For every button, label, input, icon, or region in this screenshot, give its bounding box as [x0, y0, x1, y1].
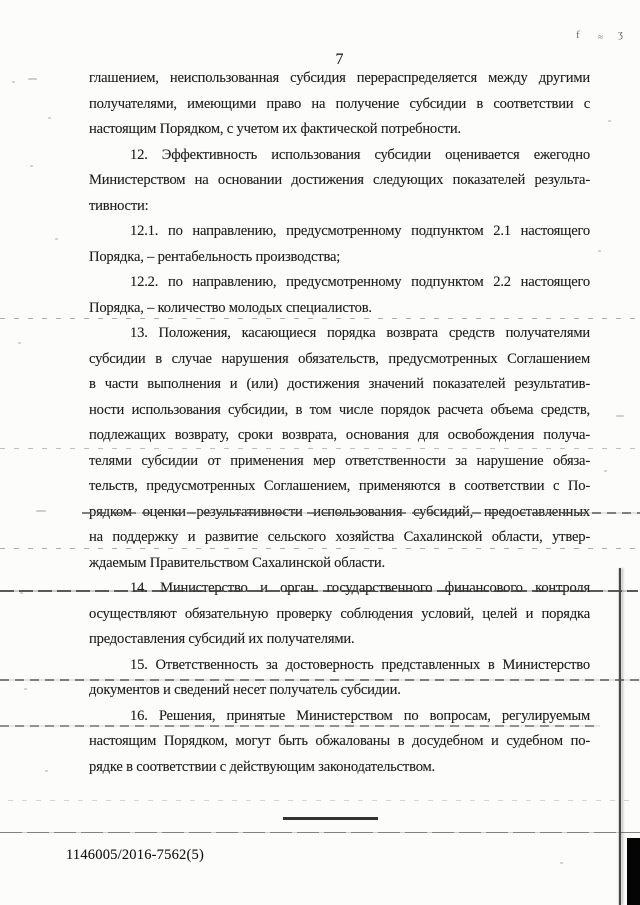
text-line: в части выполнения и (или) достижения зн… — [89, 372, 590, 398]
text-line: Порядка, – рентабельность производства; — [89, 245, 590, 271]
scan-speck — [45, 770, 48, 772]
scan-edge-black-bar — [627, 838, 640, 905]
text-line: ности использования субсидии, в том числ… — [89, 398, 590, 424]
text-line: осуществляют обязательную проверку соблю… — [89, 602, 590, 628]
scan-speck — [598, 250, 601, 252]
scan-speck — [608, 120, 611, 122]
footer-separator-line — [283, 817, 378, 820]
scan-speck — [604, 470, 607, 472]
text-line: 15. Ответственность за достоверность пре… — [89, 653, 590, 679]
text-line: предоставления субсидий их получателями. — [89, 627, 590, 653]
text-line: настоящим Порядком, с учетом их фактичес… — [89, 117, 590, 143]
text-line: 12. Эффективность использования субсидии… — [89, 143, 590, 169]
scan-speck — [24, 688, 27, 690]
text-line: получателями, имеющими право на получени… — [89, 92, 590, 118]
text-line: Порядка, – количество молодых специалист… — [89, 296, 590, 322]
text-line: Министерством на основании достижения сл… — [89, 168, 590, 194]
scan-edge-line — [619, 568, 621, 905]
footer-document-code: 1146005/2016-7562(5) — [66, 847, 204, 864]
scan-speck — [30, 165, 33, 167]
document-body: глашением, неиспользованная субсидия пер… — [89, 66, 590, 780]
scan-speck — [560, 862, 563, 864]
scan-speck — [48, 117, 51, 119]
scan-speck — [55, 238, 58, 240]
scan-speck — [616, 415, 624, 417]
text-line: 13. Положения, касающиеся порядка возвра… — [89, 321, 590, 347]
text-line: субсидии в случае нарушения обязательств… — [89, 347, 590, 373]
text-line: подлежащих возврату, сроки возврата, осн… — [89, 423, 590, 449]
scan-speck — [12, 81, 15, 83]
scan-artifact-line — [8, 800, 630, 801]
scan-artifact-line — [0, 832, 640, 833]
text-line: тельств, предусмотренных Соглашением, пр… — [89, 474, 590, 500]
scan-speck — [20, 592, 23, 594]
text-line: настоящим Порядком, могут быть обжалован… — [89, 729, 590, 755]
text-line: 14. Министерство и орган государственног… — [89, 576, 590, 602]
text-line: ждаемым Правительством Сахалинской облас… — [89, 551, 590, 577]
text-line: тивности: — [89, 194, 590, 220]
corner-mark-glyph: f — [576, 29, 580, 41]
corner-mark-glyph: ≈ — [598, 32, 603, 42]
scan-speck — [36, 510, 46, 512]
text-line: рядке в соответствии с действующим закон… — [89, 755, 590, 781]
text-line: 12.2. по направлению, предусмотренному п… — [89, 270, 590, 296]
corner-scan-marks: f ≈ ʒ — [572, 27, 632, 45]
corner-mark-glyph: ʒ — [618, 28, 623, 40]
text-line: рядком оценки результативности использов… — [89, 500, 590, 526]
text-line: 12.1. по направлению, предусмотренному п… — [89, 219, 590, 245]
scan-speck — [28, 78, 37, 80]
scan-speck — [18, 342, 21, 344]
text-line: документов и сведений несет получатель с… — [89, 678, 590, 704]
text-line: телями субсидии от применения мер ответс… — [89, 449, 590, 475]
text-line: глашением, неиспользованная субсидия пер… — [89, 66, 590, 92]
text-line: 16. Решения, принятые Министерством по в… — [89, 704, 590, 730]
text-line: на поддержку и развитие сельского хозяйс… — [89, 525, 590, 551]
